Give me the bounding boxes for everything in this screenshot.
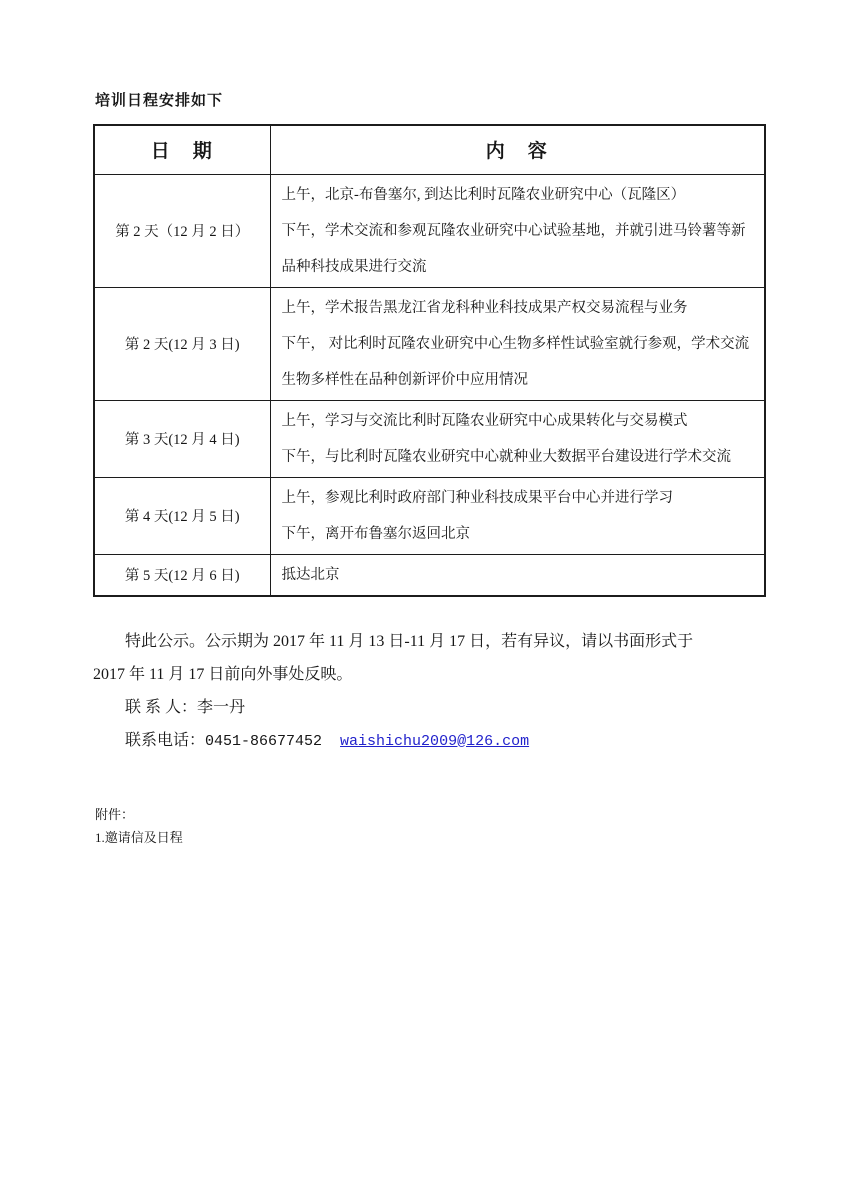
schedule-item: 下午， 对比利时瓦隆农业研究中心生物多样性试验室就行参观，学术交流生物多样性在品… [282, 326, 757, 398]
attachments-label: 附件： [95, 803, 766, 826]
email-link[interactable]: waishichu2009@126.com [340, 733, 529, 750]
schedule-item: 抵达北京 [282, 557, 757, 593]
schedule-item: 上午，参观比利时政府部门种业科技成果平台中心并进行学习 [282, 480, 757, 516]
contact-phone-line: 联系电话：0451-86677452waishichu2009@126.com [93, 724, 766, 758]
content-cell: 上午，参观比利时政府部门种业科技成果平台中心并进行学习 下午，离开布鲁塞尔返回北… [270, 477, 765, 554]
content-cell: 上午，北京-布鲁塞尔, 到达比利时瓦隆农业研究中心（瓦隆区） 下午，学术交流和参… [270, 174, 765, 287]
schedule-table: 日 期 内 容 第 2 天（12 月 2 日） 上午，北京-布鲁塞尔, 到达比利… [93, 124, 766, 597]
column-header-content: 内 容 [270, 125, 765, 174]
contact-name-line: 联 系 人：李一丹 [93, 691, 766, 724]
page-title: 培训日程安排如下 [95, 92, 766, 109]
schedule-item: 下午，学术交流和参观瓦隆农业研究中心试验基地，并就引进马铃薯等新品种科技成果进行… [282, 213, 757, 285]
attachment-item: 1.邀请信及日程 [95, 826, 766, 849]
date-cell: 第 3 天(12 月 4 日) [94, 400, 270, 477]
table-row: 第 2 天(12 月 3 日) 上午，学术报告黑龙江省龙科种业科技成果产权交易流… [94, 287, 765, 400]
date-cell: 第 2 天(12 月 3 日) [94, 287, 270, 400]
table-header-row: 日 期 内 容 [94, 125, 765, 174]
table-row: 第 2 天（12 月 2 日） 上午，北京-布鲁塞尔, 到达比利时瓦隆农业研究中… [94, 174, 765, 287]
table-row: 第 3 天(12 月 4 日) 上午，学习与交流比利时瓦隆农业研究中心成果转化与… [94, 400, 765, 477]
date-cell: 第 4 天(12 月 5 日) [94, 477, 270, 554]
content-cell: 上午，学术报告黑龙江省龙科种业科技成果产权交易流程与业务 下午， 对比利时瓦隆农… [270, 287, 765, 400]
contact-phone-label: 联系电话： [125, 732, 205, 749]
date-cell: 第 5 天(12 月 6 日) [94, 554, 270, 596]
contact-phone-number: 0451-86677452 [205, 733, 322, 750]
notice-paragraph-line: 特此公示。公示期为 2017 年 11 月 13 日-11 月 17 日，若有异… [93, 625, 766, 658]
table-row: 第 4 天(12 月 5 日) 上午，参观比利时政府部门种业科技成果平台中心并进… [94, 477, 765, 554]
notice-paragraph-line: 2017 年 11 月 17 日前向外事处反映。 [93, 658, 766, 691]
contact-name-label: 联 系 人： [125, 699, 197, 716]
schedule-item: 下午，与比利时瓦隆农业研究中心就种业大数据平台建设进行学术交流 [282, 439, 757, 475]
schedule-item: 上午，北京-布鲁塞尔, 到达比利时瓦隆农业研究中心（瓦隆区） [282, 177, 757, 213]
content-cell: 上午，学习与交流比利时瓦隆农业研究中心成果转化与交易模式 下午，与比利时瓦隆农业… [270, 400, 765, 477]
schedule-item: 上午，学习与交流比利时瓦隆农业研究中心成果转化与交易模式 [282, 403, 757, 439]
document-page: 培训日程安排如下 日 期 内 容 第 2 天（12 月 2 日） 上午，北京-布… [93, 92, 766, 849]
notice-block: 特此公示。公示期为 2017 年 11 月 13 日-11 月 17 日，若有异… [93, 625, 766, 758]
schedule-item: 下午，离开布鲁塞尔返回北京 [282, 516, 757, 552]
column-header-date: 日 期 [94, 125, 270, 174]
table-row: 第 5 天(12 月 6 日) 抵达北京 [94, 554, 765, 596]
contact-name-value: 李一丹 [197, 699, 245, 716]
date-cell: 第 2 天（12 月 2 日） [94, 174, 270, 287]
schedule-item: 上午，学术报告黑龙江省龙科种业科技成果产权交易流程与业务 [282, 290, 757, 326]
content-cell: 抵达北京 [270, 554, 765, 596]
attachments-block: 附件： 1.邀请信及日程 [95, 803, 766, 849]
